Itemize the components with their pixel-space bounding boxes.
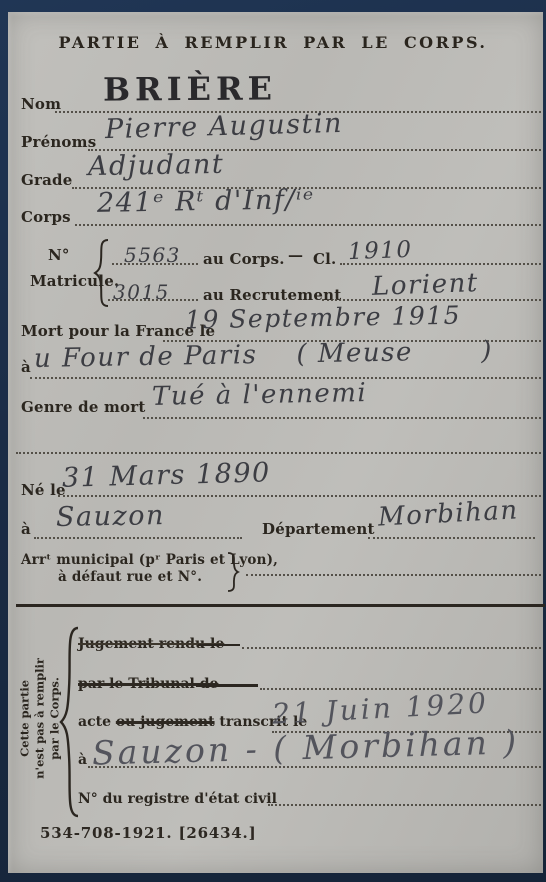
genre-rule: [143, 417, 541, 419]
transcrit-lieu-rule: [88, 766, 541, 768]
corps-rule: [75, 224, 541, 226]
jugement-strike-extension: [198, 644, 240, 646]
tribunal-rule: [260, 688, 541, 690]
matricule-corps-rule-b: [340, 263, 541, 265]
naissance-lieu-value: Sauzon: [56, 500, 165, 533]
classe-label: Cl.: [313, 250, 336, 268]
sidebar-note-line2: n'est pas à remplir: [33, 632, 48, 804]
matricule-dash: —: [288, 246, 303, 264]
mort-date: 19 Septembre 1915: [185, 301, 462, 335]
ne-date: 31 Mars 1890: [62, 457, 271, 493]
sidebar-note: Cette partie n'est pas à remplir par le …: [18, 632, 63, 804]
arr-rule: [246, 574, 541, 576]
record-card-scan: PARTIE À REMPLIR PAR LE CORPS. Nom BRIÈR…: [0, 0, 546, 882]
au-recrutement-label: au Recrutement: [203, 286, 341, 304]
matricule-corps-number: 5563: [124, 243, 181, 267]
grade-label: Grade: [21, 171, 72, 189]
arr-line2: à défaut rue et N°.: [58, 569, 202, 585]
blank-rule: [16, 452, 541, 454]
prenoms-label: Prénoms: [21, 133, 96, 151]
naissance-lieu-label: à: [21, 520, 31, 538]
departement-label: Département: [262, 520, 375, 538]
registre-label: N° du registre d'état civil: [78, 791, 277, 807]
card-header-title: PARTIE À REMPLIR PAR LE CORPS.: [58, 33, 488, 52]
prenoms-value: Pierre Augustin: [105, 108, 344, 145]
acte-prefix: acte: [78, 714, 116, 730]
genre-value: Tué à l'ennemi: [152, 378, 368, 412]
section-divider: [16, 604, 545, 607]
arrondissement-brace: [226, 551, 240, 593]
sidebar-note-line1: Cette partie: [18, 632, 33, 804]
registre-rule: [268, 804, 541, 806]
deces-lieu-label: à: [21, 358, 31, 376]
au-corps-label: au Corps.: [203, 250, 285, 268]
transcrit-lieu-label: à: [78, 752, 87, 768]
acte-struck: ou jugement: [116, 714, 215, 730]
genre-label: Genre de mort: [21, 398, 146, 416]
matricule-recr-number: 3015: [113, 280, 170, 304]
recrutement-value: Lorient: [372, 268, 480, 302]
grade-value: Adjudant: [88, 149, 225, 182]
jugement-rule: [242, 647, 541, 649]
corps-value: 241ᵉ Rᵗ d'Inf/ⁱᵉ: [97, 184, 315, 219]
footer-reference: 534-708-1921. [26434.]: [40, 824, 256, 842]
ne-rule: [58, 495, 541, 497]
section-brace: [58, 626, 80, 818]
matricule-brace: [92, 238, 110, 308]
nom-value: BRIÈRE: [103, 69, 277, 108]
matricule-no-label: N°: [48, 246, 70, 264]
classe-value: 1910: [348, 237, 413, 265]
departement-rule: [368, 537, 535, 539]
naissance-lieu-rule: [34, 537, 242, 539]
corps-label: Corps: [21, 208, 71, 226]
tribunal-strike-extension: [196, 684, 258, 687]
